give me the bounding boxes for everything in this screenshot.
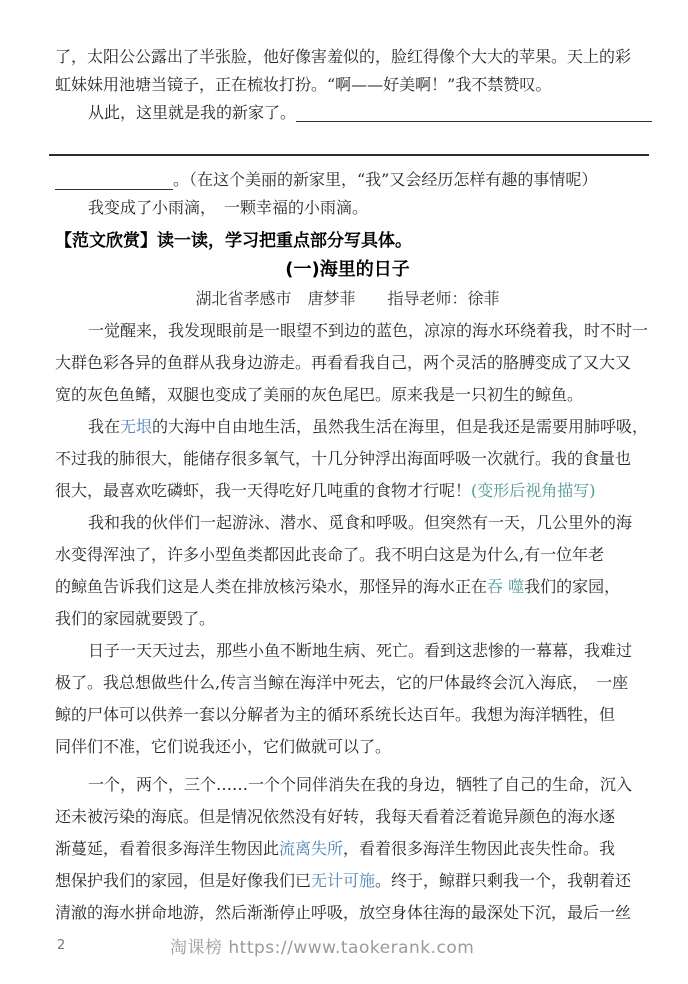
text-segment: 。（在这个美丽的新家里，“我”又会经历怎样有趣的事情呢）	[173, 166, 597, 194]
text-segment: 我在	[88, 417, 120, 436]
text-line: 我们的家园就要毁了。	[55, 603, 640, 635]
text-line: 水变得浑浊了，许多小型鱼类都因此丧命了。我不明白这是为什么,有一位年老	[55, 539, 640, 571]
annotation-note: (变形后视角描写)	[471, 481, 596, 500]
paragraph: 我在无垠的大海中自由地生活，虽然我生活在海里，但是我还是需要用肺呼吸， 不过我的…	[55, 411, 640, 507]
text-line: 不过我的肺很大，能储存很多氧气，十几分钟浮出海面呼吸一次就行。我的食量也	[55, 443, 640, 475]
highlighted-word: 吞 噬	[487, 577, 524, 596]
paragraph: 一觉醒来，我发现眼前是一眼望不到边的蓝色，凉凉的海水环绕着我，时不时一 大群色彩…	[55, 315, 640, 411]
highlighted-word: 无计可施	[311, 871, 375, 890]
text-line: 清澈的海水拼命地游，然后渐渐停止呼吸，放空身体往海的最深处下沉，最后一丝	[55, 897, 640, 929]
text-line: 我在无垠的大海中自由地生活，虽然我生活在海里，但是我还是需要用肺呼吸，	[55, 411, 640, 443]
fill-in-blank	[55, 166, 173, 190]
essay: (一)海里的日子 湖北省孝感市 唐梦菲 指导老师：徐菲 一觉醒来，我发现眼前是一…	[55, 255, 640, 929]
text-segment: 的大海中自由地生活，虽然我生活在海里，但是我还是需要用肺呼吸，	[152, 417, 648, 436]
highlighted-word: 流离失所	[279, 839, 343, 858]
text-segment: 很大，最喜欢吃磷虾，我一天得吃好几吨重的食物才行呢！	[55, 481, 471, 500]
text-segment: ，看着很多海洋生物因此丧失性命。我	[343, 839, 615, 858]
text-line: 了，太阳公公露出了半张脸，他好像害羞似的，脸红得像个大大的苹果。天上的彩	[55, 43, 640, 71]
paragraph: 一个，两个，三个……一个个同伴消失在我的身边，牺牲了自己的生命，沉入 还未被污染…	[55, 769, 640, 929]
text-line: 宽的灰色鱼鳍，双腿也变成了美丽的灰色尾巴。原来我是一只初生的鲸鱼。	[55, 379, 640, 411]
page-number: 2	[57, 938, 65, 953]
text-segment: 想保护我们的家园，但是好像我们已	[55, 871, 311, 890]
text-line: 想保护我们的家园，但是好像我们已无计可施。终于，鲸群只剩我一个，我朝着还	[55, 865, 640, 897]
text-line: 我变成了小雨滴， 一颗幸福的小雨滴。	[55, 194, 640, 222]
text-line: 大群色彩各异的鱼群从我身边游走。再看看我自己，两个灵活的胳膊变成了又大又	[55, 347, 640, 379]
paragraph: 我和我的伙伴们一起游泳、潜水、觅食和呼吸。但突然有一天，几公里外的海 水变得浑浊…	[55, 507, 640, 635]
paragraph: 日子一天天过去，那些小鱼不断地生病、死亡。看到这悲惨的一幕幕，我难过 极了。我总…	[55, 635, 640, 763]
fill-in-blank	[296, 99, 652, 122]
document-page: 了，太阳公公露出了半张脸，他好像害羞似的，脸红得像个大大的苹果。天上的彩 虹妹妹…	[0, 0, 688, 984]
text-line: 从此，这里就是我的新家了。	[55, 99, 640, 127]
page-footer: 2 淘课榜 https://www.taokerank.com	[55, 933, 640, 959]
essay-byline: 湖北省孝感市 唐梦菲 指导老师：徐菲	[55, 285, 640, 313]
section-divider	[49, 154, 649, 156]
watermark-link: 淘课榜 https://www.taokerank.com	[170, 933, 474, 958]
text-line: 一个，两个，三个……一个个同伴消失在我的身边，牺牲了自己的生命，沉入	[55, 769, 640, 801]
text-line: 还未被污染的海底。但是情况依然没有好转，我每天看着泛着诡异颜色的海水逐	[55, 801, 640, 833]
text-segment: 的鲸鱼告诉我们这是人类在排放核污染水，那怪异的海水正在	[55, 577, 487, 596]
text-segment: 我们的家园，	[524, 577, 620, 596]
document-content: 了，太阳公公露出了半张脸，他好像害羞似的，脸红得像个大大的苹果。天上的彩 虹妹妹…	[0, 0, 688, 929]
text-segment: 。终于，鲸群只剩我一个，我朝着还	[375, 871, 631, 890]
text-segment: 从此，这里就是我的新家了。	[55, 99, 296, 127]
text-line: 的鲸鱼告诉我们这是人类在排放核污染水，那怪异的海水正在吞 噬我们的家园，	[55, 571, 640, 603]
text-line: 。（在这个美丽的新家里，“我”又会经历怎样有趣的事情呢）	[55, 166, 640, 194]
text-line: 虹妹妹用池塘当镜子，正在梳妆打扮。“啊——好美啊！”我不禁赞叹。	[55, 71, 640, 99]
essay-title: (一)海里的日子	[55, 255, 640, 285]
text-line: 同伴们不准，它们说我还小，它们做就可以了。	[55, 731, 640, 763]
text-segment: 渐蔓延，看着很多海洋生物因此	[55, 839, 279, 858]
text-line: 我和我的伙伴们一起游泳、潜水、觅食和呼吸。但突然有一天，几公里外的海	[55, 507, 640, 539]
highlighted-word: 无垠	[120, 417, 152, 436]
text-line: 极了。我总想做些什么,传言当鲸在海洋中死去，它的尸体最终会沉入海底， 一座	[55, 667, 640, 699]
text-line: 一觉醒来，我发现眼前是一眼望不到边的蓝色，凉凉的海水环绕着我，时不时一	[55, 315, 640, 347]
text-line: 日子一天天过去，那些小鱼不断地生病、死亡。看到这悲惨的一幕幕，我难过	[55, 635, 640, 667]
text-line: 鲸的尸体可以供养一套以分解者为主的循环系统长达百年。我想为海洋牺牲，但	[55, 699, 640, 731]
section-heading: 【范文欣赏】读一读，学习把重点部分写具体。	[55, 227, 640, 255]
text-line: 渐蔓延，看着很多海洋生物因此流离失所，看着很多海洋生物因此丧失性命。我	[55, 833, 640, 865]
text-line: 很大，最喜欢吃磷虾，我一天得吃好几吨重的食物才行呢！(变形后视角描写)	[55, 475, 640, 507]
